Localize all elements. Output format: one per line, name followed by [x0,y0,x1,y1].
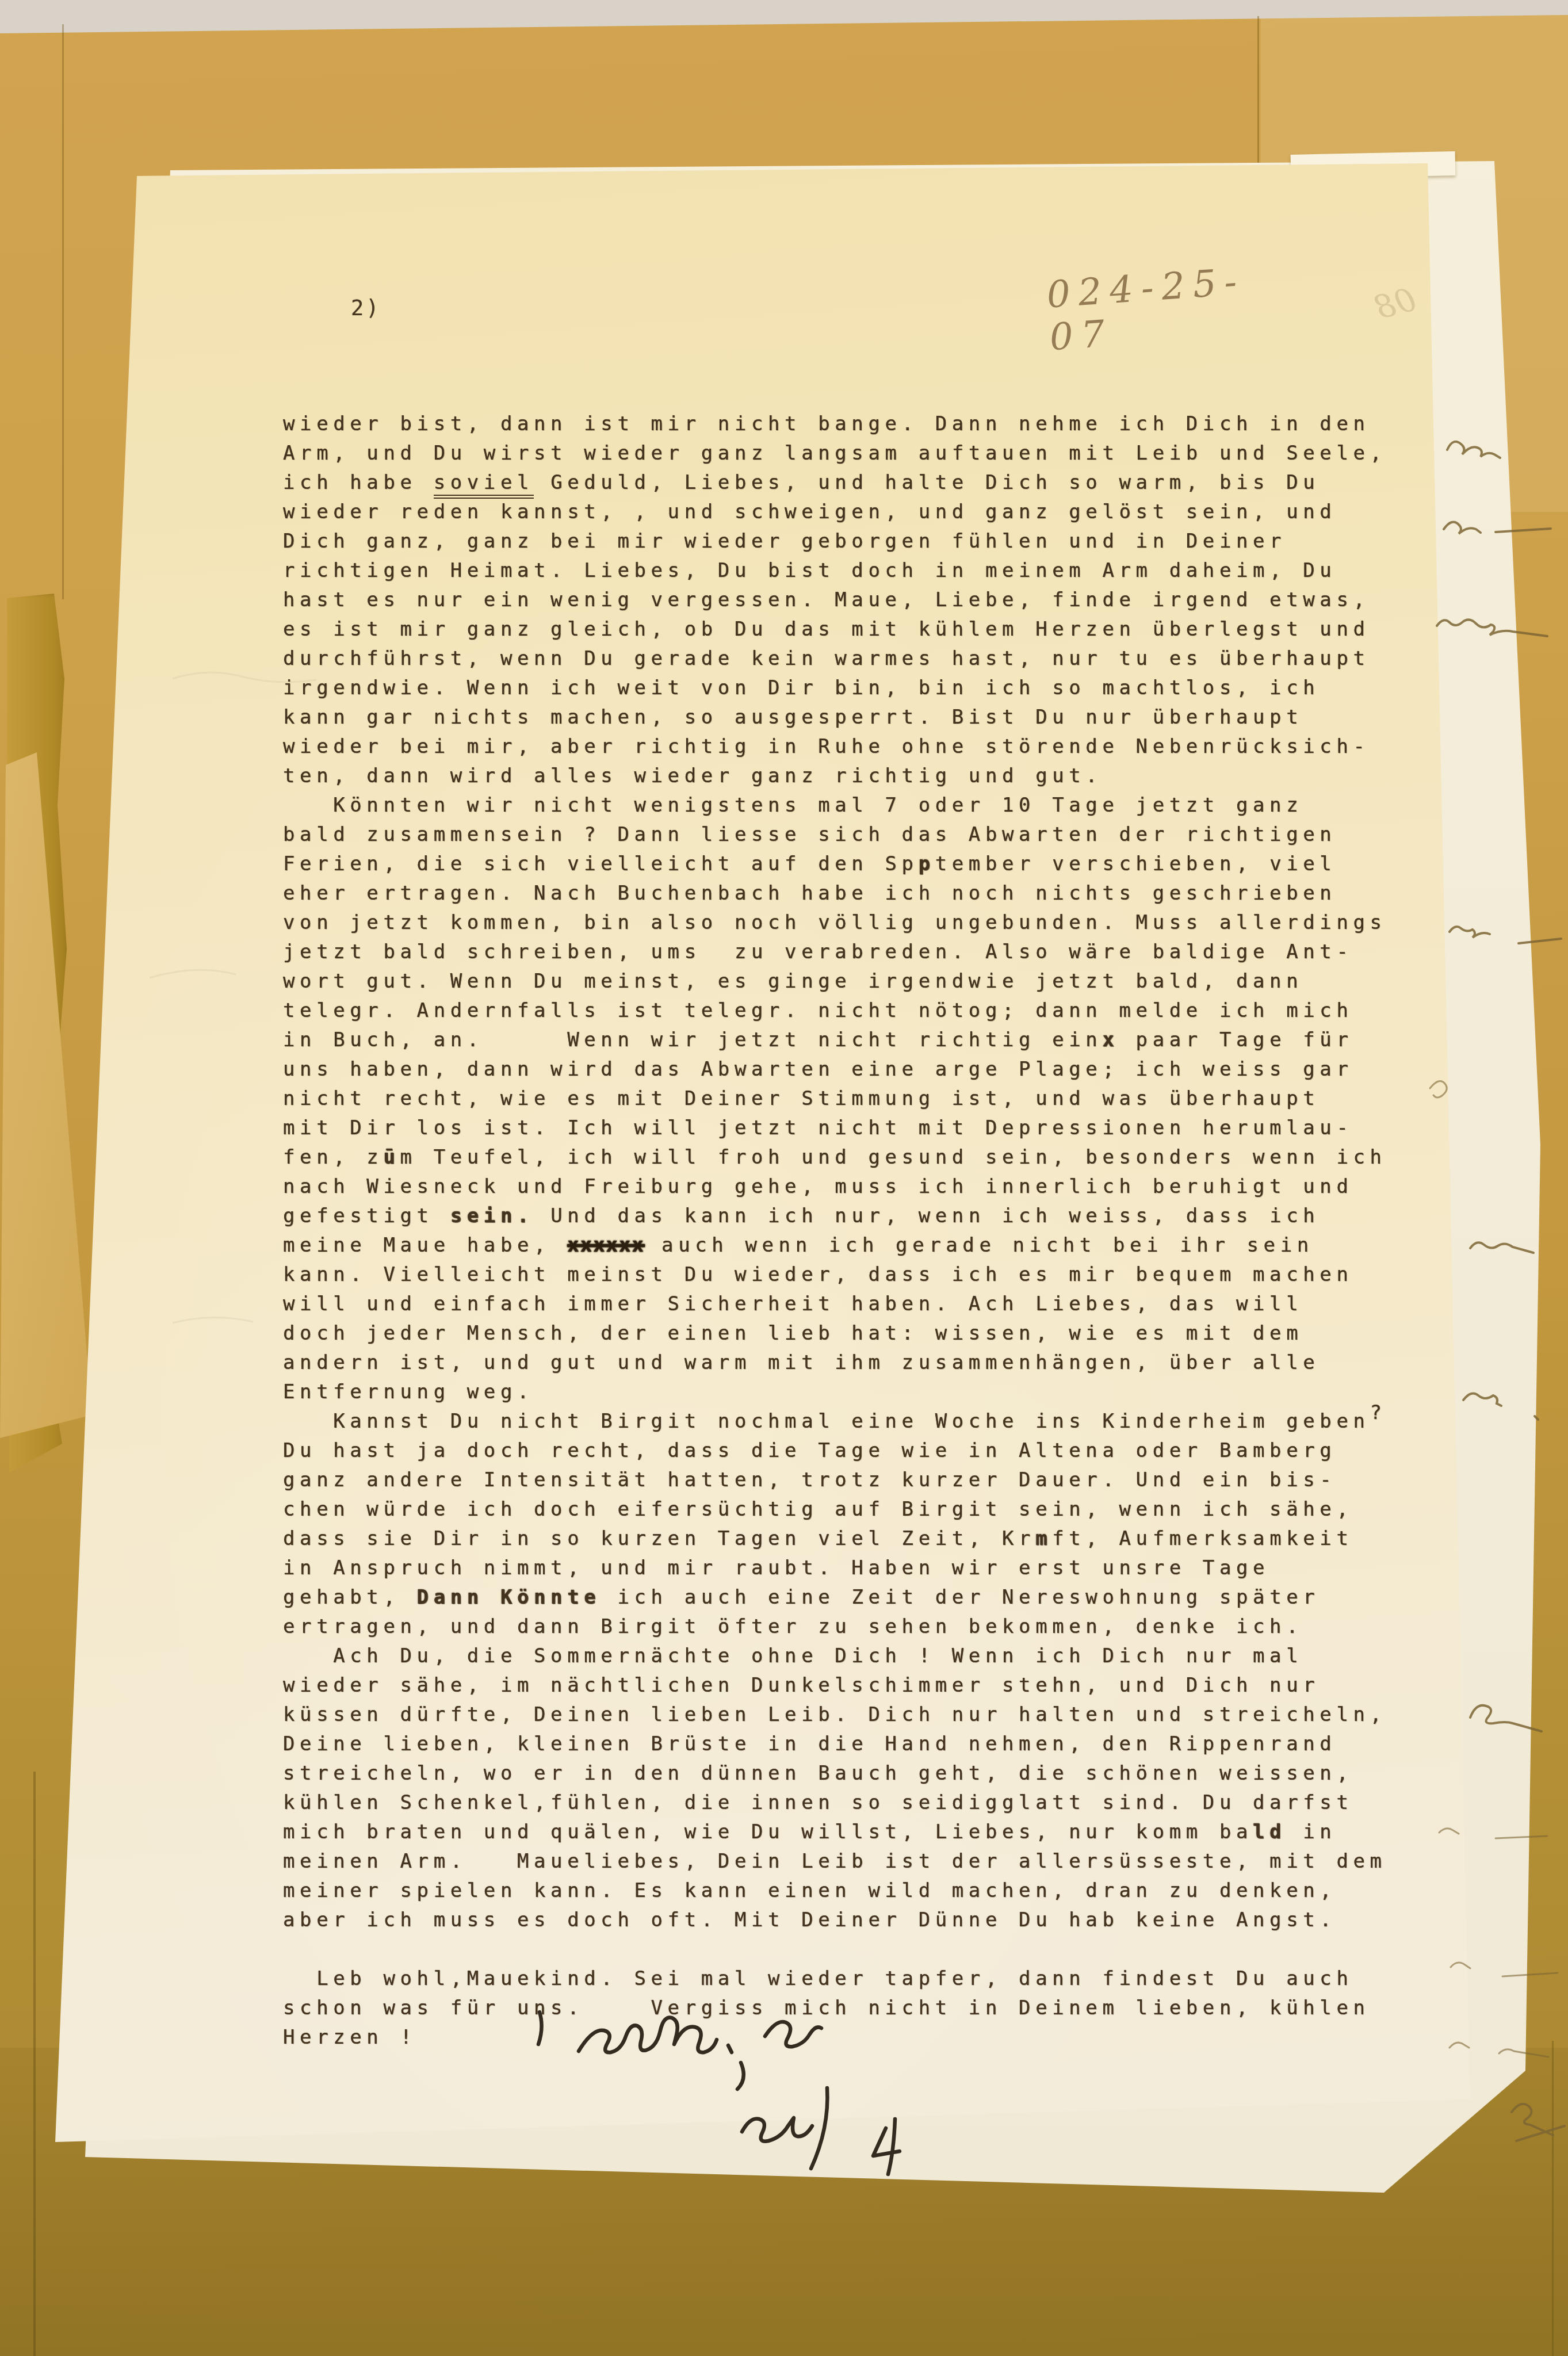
typed-line: schon was für uns. Vergiss mich nicht in… [283,1994,1387,2023]
typed-line: kann gar nichts machen, so ausgesperrt. … [283,703,1387,732]
typed-line: ten, dann wird alles wieder ganz richtig… [283,762,1387,791]
typed-line: Herzen ! [283,2023,1387,2052]
typed-line: wort gut. Wenn Du meinst, es ginge irgen… [283,967,1387,996]
typed-line: gehabt, Dann Könnte ich auch eine Zeit d… [283,1583,1387,1612]
typed-line: wieder reden kannst, , und schweigen, un… [283,498,1387,527]
typed-line: mit Dir los ist. Ich will jetzt nicht mi… [283,1114,1387,1143]
typed-line: meiner spielen kann. Es kann einen wild … [283,1876,1387,1906]
typed-line: jetzt bald schreiben, ums zu verabreden.… [283,938,1387,967]
typed-line: Dich ganz, ganz bei mir wieder geborgen … [283,527,1387,556]
typed-line: durchführst, wenn Du gerade kein warmes … [283,644,1387,674]
typed-line: nach Wiesneck und Freiburg gehe, muss ic… [283,1172,1387,1202]
cardboard-crease-line [1552,2041,1554,2356]
page-number: 2) [351,296,381,320]
typed-line: mich braten und quälen, wie Du willst, L… [283,1818,1387,1847]
typed-line: uns haben, dann wird das Abwarten eine a… [283,1055,1387,1084]
typed-line: meine Maue habe, xxxxxx auch wenn ich ge… [283,1231,1387,1260]
typed-line: in Anspruch nimmt, und mir raubt. Haben … [283,1554,1387,1583]
typed-line: richtigen Heimat. Liebes, Du bist doch i… [283,556,1387,586]
typed-line: streicheln, wo er in den dünnen Bauch ge… [283,1759,1387,1788]
typed-line: nicht recht, wie es mit Deiner Stimmung … [283,1084,1387,1114]
typed-line: Arm, und Du wirst wieder ganz langsam au… [283,439,1387,468]
typed-line: chen würde ich doch eifersüchtig auf Bir… [283,1495,1387,1524]
typed-line: meinen Arm. Maueliebes, Dein Leib ist de… [283,1847,1387,1876]
typed-line: Deine lieben, kleinen Brüste in die Hand… [283,1730,1387,1759]
typed-line: Kannst Du nicht Birgit nochmal eine Woch… [283,1407,1387,1436]
typed-line: ertragen, und dann Birgit öfter zu sehen… [283,1612,1387,1642]
typed-line: dass sie Dir in so kurzen Tagen viel Zei… [283,1524,1387,1554]
typed-line: ich habe soviel Geduld, Liebes, und halt… [283,468,1387,498]
typed-line: Leb wohl,Mauekind. Sei mal wieder tapfer… [283,1964,1387,1994]
typed-line: hast es nur ein wenig vergessen. Maue, L… [283,586,1387,615]
typed-line: wieder bei mir, aber richtig in Ruhe ohn… [283,732,1387,762]
typed-line: will und einfach immer Sicherheit haben.… [283,1290,1387,1319]
typed-line: eher ertragen. Nach Buchenbach habe ich … [283,879,1387,908]
typed-line: in Buch, an. Wenn wir jetzt nicht richti… [283,1026,1387,1055]
typed-line: Könnten wir nicht wenigstens mal 7 oder … [283,791,1387,820]
typed-line: küssen dürfte, Deinen lieben Leib. Dich … [283,1700,1387,1730]
typed-line: kühlen Schenkel,fühlen, die innen so sei… [283,1788,1387,1818]
typed-line: kann. Vielleicht meinst Du wieder, dass … [283,1260,1387,1290]
typed-line: Ach Du, die Sommernächte ohne Dich ! Wen… [283,1642,1387,1671]
typed-line: telegr. Andernfalls ist telegr. nicht nö… [283,996,1387,1026]
typed-line: Du hast ja doch recht, dass die Tage wie… [283,1436,1387,1466]
typed-line: Entfernung weg. [283,1378,1387,1407]
archive-number-pencil: 024-25-07 [1045,258,1292,359]
typed-line: wieder sähe, im nächtlichen Dunkelschimm… [283,1671,1387,1700]
typed-line: irgendwie. Wenn ich weit von Dir bin, bi… [283,674,1387,703]
photographed-letter-scan: 2) 024-25-07 08 wieder bist, dann ist mi… [0,0,1568,2356]
typed-letter-text: wieder bist, dann ist mir nicht bange. D… [283,410,1387,2052]
typed-line: aber ich muss es doch oft. Mit Deiner Dü… [283,1906,1387,1935]
cardboard-crease-line [33,1772,36,2356]
typed-line: Ferien, die sich vielleicht auf den Sppt… [283,850,1387,879]
typed-line [283,1935,1387,1964]
typed-line: doch jeder Mensch, der einen lieb hat: w… [283,1319,1387,1348]
typed-line: andern ist, und gut und warm mit ihm zus… [283,1348,1387,1378]
typed-line: gefestigt sein. Und das kann ich nur, we… [283,1202,1387,1231]
cardboard-crease-line [62,24,64,599]
typed-line: es ist mir ganz gleich, ob Du das mit kü… [283,615,1387,644]
typed-line: von jetzt kommen, bin also noch völlig u… [283,908,1387,938]
typed-line: bald zusammensein ? Dann liesse sich das… [283,820,1387,850]
typed-line: fen, zūm Teufel, ich will froh und gesun… [283,1143,1387,1172]
typed-line: wieder bist, dann ist mir nicht bange. D… [283,410,1387,439]
typed-line: ganz andere Intensität hatten, trotz kur… [283,1466,1387,1495]
